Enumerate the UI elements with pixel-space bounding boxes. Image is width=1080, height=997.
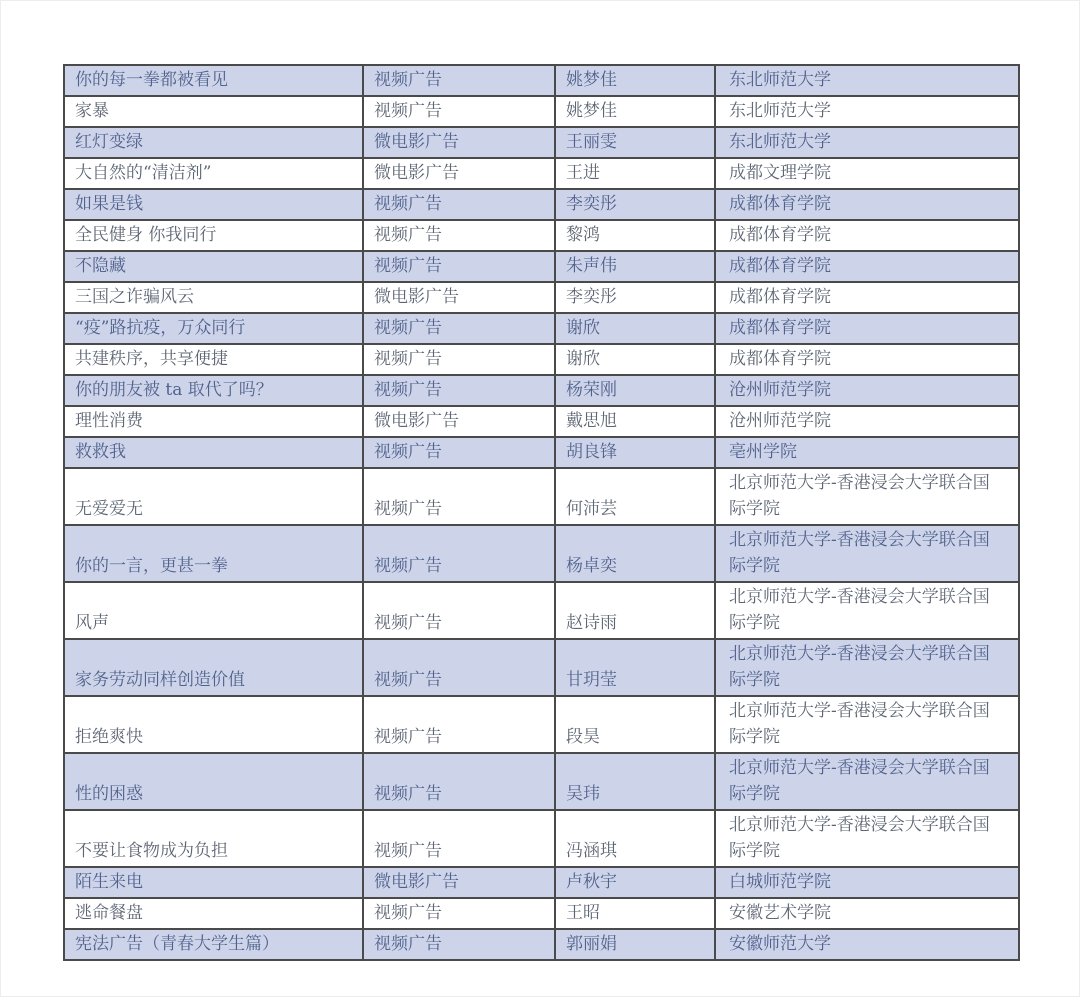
table-row: 三国之诈骗风云 微电影广告 李奕彤 成都体育学院 bbox=[64, 282, 1019, 313]
author-cell: 何沛芸 bbox=[555, 468, 715, 525]
ad-type-cell: 视频广告 bbox=[363, 375, 555, 406]
work-title-cell: 红灯变绿 bbox=[64, 127, 363, 158]
table-row: 不隐藏 视频广告 朱声伟 成都体育学院 bbox=[64, 251, 1019, 282]
work-title-cell: 你的一言，更甚一拳 bbox=[64, 525, 363, 582]
work-title-cell: “疫”路抗疫，万众同行 bbox=[64, 313, 363, 344]
ad-type-cell: 视频广告 bbox=[363, 929, 555, 960]
ad-type-cell: 视频广告 bbox=[363, 525, 555, 582]
ad-type-cell: 微电影广告 bbox=[363, 127, 555, 158]
ad-type-cell: 视频广告 bbox=[363, 96, 555, 127]
school-cell: 成都体育学院 bbox=[715, 251, 1019, 282]
table-row: 共建秩序，共享便捷 视频广告 谢欣 成都体育学院 bbox=[64, 344, 1019, 375]
ad-type-cell: 视频广告 bbox=[363, 220, 555, 251]
school-cell: 沧州师范学院 bbox=[715, 375, 1019, 406]
school-cell: 白城师范学院 bbox=[715, 867, 1019, 898]
work-title-cell: 家务劳动同样创造价值 bbox=[64, 639, 363, 696]
work-title-cell: 不隐藏 bbox=[64, 251, 363, 282]
author-cell: 戴思旭 bbox=[555, 406, 715, 437]
table-row: 你的一言，更甚一拳 视频广告 杨卓奕 北京师范大学-香港浸会大学联合国际学院 bbox=[64, 525, 1019, 582]
school-cell: 沧州师范学院 bbox=[715, 406, 1019, 437]
work-title-cell: 理性消费 bbox=[64, 406, 363, 437]
work-title-cell: 你的朋友被 ta 取代了吗？ bbox=[64, 375, 363, 406]
ad-type-cell: 视频广告 bbox=[363, 313, 555, 344]
school-cell: 成都体育学院 bbox=[715, 189, 1019, 220]
school-cell: 东北师范大学 bbox=[715, 127, 1019, 158]
school-cell: 北京师范大学-香港浸会大学联合国际学院 bbox=[715, 468, 1019, 525]
work-title-cell: 拒绝爽快 bbox=[64, 696, 363, 753]
author-cell: 王昭 bbox=[555, 898, 715, 929]
school-cell: 成都文理学院 bbox=[715, 158, 1019, 189]
table-row: 家务劳动同样创造价值 视频广告 甘玥莹 北京师范大学-香港浸会大学联合国际学院 bbox=[64, 639, 1019, 696]
ad-type-cell: 视频广告 bbox=[363, 189, 555, 220]
table-row: 大自然的“清洁剂” 微电影广告 王进 成都文理学院 bbox=[64, 158, 1019, 189]
ad-type-cell: 微电影广告 bbox=[363, 158, 555, 189]
table-row: 如果是钱 视频广告 李奕彤 成都体育学院 bbox=[64, 189, 1019, 220]
author-cell: 李奕彤 bbox=[555, 189, 715, 220]
ad-type-cell: 视频广告 bbox=[363, 898, 555, 929]
table-row: 宪法广告（青春大学生篇） 视频广告 郭丽娟 安徽师范大学 bbox=[64, 929, 1019, 960]
author-cell: 段昊 bbox=[555, 696, 715, 753]
ad-type-cell: 视频广告 bbox=[363, 696, 555, 753]
author-cell: 胡良锋 bbox=[555, 437, 715, 468]
table-row: 风声 视频广告 赵诗雨 北京师范大学-香港浸会大学联合国际学院 bbox=[64, 582, 1019, 639]
work-title-cell: 如果是钱 bbox=[64, 189, 363, 220]
table-row: 拒绝爽快 视频广告 段昊 北京师范大学-香港浸会大学联合国际学院 bbox=[64, 696, 1019, 753]
work-title-cell: 救救我 bbox=[64, 437, 363, 468]
table-row: 你的每一拳都被看见 视频广告 姚梦佳 东北师范大学 bbox=[64, 65, 1019, 96]
author-cell: 吴玮 bbox=[555, 753, 715, 810]
author-cell: 郭丽娟 bbox=[555, 929, 715, 960]
author-cell: 谢欣 bbox=[555, 313, 715, 344]
author-cell: 姚梦佳 bbox=[555, 96, 715, 127]
table-row: 理性消费 微电影广告 戴思旭 沧州师范学院 bbox=[64, 406, 1019, 437]
school-cell: 东北师范大学 bbox=[715, 65, 1019, 96]
school-cell: 成都体育学院 bbox=[715, 344, 1019, 375]
ad-type-cell: 视频广告 bbox=[363, 582, 555, 639]
author-cell: 王进 bbox=[555, 158, 715, 189]
ad-type-cell: 视频广告 bbox=[363, 753, 555, 810]
work-title-cell: 陌生来电 bbox=[64, 867, 363, 898]
school-cell: 成都体育学院 bbox=[715, 313, 1019, 344]
school-cell: 北京师范大学-香港浸会大学联合国际学院 bbox=[715, 639, 1019, 696]
author-cell: 甘玥莹 bbox=[555, 639, 715, 696]
author-cell: 冯涵琪 bbox=[555, 810, 715, 867]
school-cell: 安徽艺术学院 bbox=[715, 898, 1019, 929]
school-cell: 北京师范大学-香港浸会大学联合国际学院 bbox=[715, 582, 1019, 639]
table-row: 不要让食物成为负担 视频广告 冯涵琪 北京师范大学-香港浸会大学联合国际学院 bbox=[64, 810, 1019, 867]
author-cell: 谢欣 bbox=[555, 344, 715, 375]
ad-type-cell: 视频广告 bbox=[363, 437, 555, 468]
ad-type-cell: 微电影广告 bbox=[363, 282, 555, 313]
ad-type-cell: 视频广告 bbox=[363, 639, 555, 696]
work-title-cell: 共建秩序，共享便捷 bbox=[64, 344, 363, 375]
work-title-cell: 逃命餐盘 bbox=[64, 898, 363, 929]
work-title-cell: 三国之诈骗风云 bbox=[64, 282, 363, 313]
work-title-cell: 性的困惑 bbox=[64, 753, 363, 810]
ad-type-cell: 视频广告 bbox=[363, 810, 555, 867]
school-cell: 亳州学院 bbox=[715, 437, 1019, 468]
work-title-cell: 全民健身 你我同行 bbox=[64, 220, 363, 251]
author-cell: 朱声伟 bbox=[555, 251, 715, 282]
work-title-cell: 风声 bbox=[64, 582, 363, 639]
author-cell: 杨荣刚 bbox=[555, 375, 715, 406]
table-row: 陌生来电 微电影广告 卢秋宇 白城师范学院 bbox=[64, 867, 1019, 898]
table-body: 你的每一拳都被看见 视频广告 姚梦佳 东北师范大学 家暴 视频广告 姚梦佳 东北… bbox=[64, 65, 1019, 960]
ad-type-cell: 视频广告 bbox=[363, 65, 555, 96]
work-title-cell: 你的每一拳都被看见 bbox=[64, 65, 363, 96]
author-cell: 李奕彤 bbox=[555, 282, 715, 313]
school-cell: 北京师范大学-香港浸会大学联合国际学院 bbox=[715, 696, 1019, 753]
work-title-cell: 宪法广告（青春大学生篇） bbox=[64, 929, 363, 960]
author-cell: 黎鸿 bbox=[555, 220, 715, 251]
work-title-cell: 不要让食物成为负担 bbox=[64, 810, 363, 867]
table-row: “疫”路抗疫，万众同行 视频广告 谢欣 成都体育学院 bbox=[64, 313, 1019, 344]
author-cell: 王丽雯 bbox=[555, 127, 715, 158]
school-cell: 成都体育学院 bbox=[715, 282, 1019, 313]
author-cell: 杨卓奕 bbox=[555, 525, 715, 582]
author-cell: 赵诗雨 bbox=[555, 582, 715, 639]
table-row: 逃命餐盘 视频广告 王昭 安徽艺术学院 bbox=[64, 898, 1019, 929]
author-cell: 卢秋宇 bbox=[555, 867, 715, 898]
school-cell: 安徽师范大学 bbox=[715, 929, 1019, 960]
work-title-cell: 大自然的“清洁剂” bbox=[64, 158, 363, 189]
school-cell: 成都体育学院 bbox=[715, 220, 1019, 251]
table-row: 家暴 视频广告 姚梦佳 东北师范大学 bbox=[64, 96, 1019, 127]
school-cell: 北京师范大学-香港浸会大学联合国际学院 bbox=[715, 810, 1019, 867]
table-row: 救救我 视频广告 胡良锋 亳州学院 bbox=[64, 437, 1019, 468]
table-row: 红灯变绿 微电影广告 王丽雯 东北师范大学 bbox=[64, 127, 1019, 158]
table-row: 无爱爱无 视频广告 何沛芸 北京师范大学-香港浸会大学联合国际学院 bbox=[64, 468, 1019, 525]
ad-type-cell: 视频广告 bbox=[363, 468, 555, 525]
document-page: 你的每一拳都被看见 视频广告 姚梦佳 东北师范大学 家暴 视频广告 姚梦佳 东北… bbox=[0, 0, 1080, 997]
table-row: 性的困惑 视频广告 吴玮 北京师范大学-香港浸会大学联合国际学院 bbox=[64, 753, 1019, 810]
ad-type-cell: 微电影广告 bbox=[363, 867, 555, 898]
table-row: 你的朋友被 ta 取代了吗？ 视频广告 杨荣刚 沧州师范学院 bbox=[64, 375, 1019, 406]
award-list-table: 你的每一拳都被看见 视频广告 姚梦佳 东北师范大学 家暴 视频广告 姚梦佳 东北… bbox=[63, 64, 1020, 961]
table-row: 全民健身 你我同行 视频广告 黎鸿 成都体育学院 bbox=[64, 220, 1019, 251]
school-cell: 北京师范大学-香港浸会大学联合国际学院 bbox=[715, 753, 1019, 810]
school-cell: 北京师范大学-香港浸会大学联合国际学院 bbox=[715, 525, 1019, 582]
ad-type-cell: 微电影广告 bbox=[363, 406, 555, 437]
author-cell: 姚梦佳 bbox=[555, 65, 715, 96]
ad-type-cell: 视频广告 bbox=[363, 251, 555, 282]
ad-type-cell: 视频广告 bbox=[363, 344, 555, 375]
school-cell: 东北师范大学 bbox=[715, 96, 1019, 127]
work-title-cell: 家暴 bbox=[64, 96, 363, 127]
work-title-cell: 无爱爱无 bbox=[64, 468, 363, 525]
